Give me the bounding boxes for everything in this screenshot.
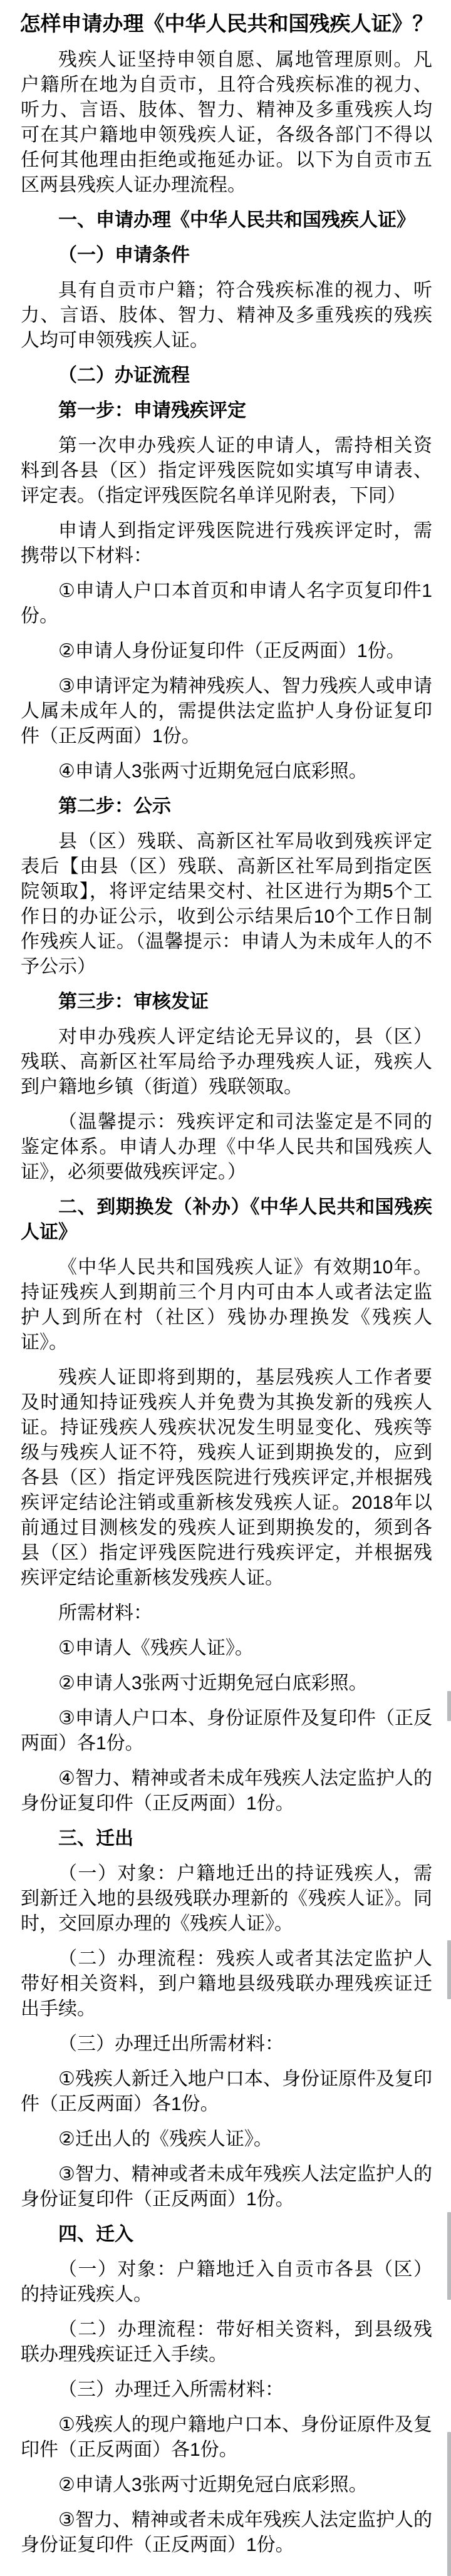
section-heading: 一、申请办理《中华人民共和国残疾人证》 xyxy=(21,208,432,233)
paragraph: （二）办理流程：残疾人或者其法定监护人带好相关资料，到户籍地县级残联办理残疾证迁… xyxy=(21,1947,432,2022)
paragraph: 对申办残疾人评定结论无异议的，县（区）残联、高新区社军局给予办理残疾人证，残疾人… xyxy=(21,1025,432,1100)
paragraph: （一）对象：户籍地迁出的持证残疾人，需到新迁入地的县级残联办理新的《残疾人证》。… xyxy=(21,1861,432,1937)
section-heading: 第一步：申请残疾评定 xyxy=(21,398,432,423)
paragraph: 残疾人证即将到期的，基层残疾人工作者要及时通知持证残疾人并免费为其换发新的残疾人… xyxy=(21,1365,432,1591)
paragraph: 县（区）残联、高新区社军局收到残疾评定表后【由县（区）残联、高新区社军局到指定医… xyxy=(21,829,432,980)
paragraph: ①残疾人的现户籍地户口本、身份证原件及复印件（正反两面）各1份。 xyxy=(21,2413,432,2463)
section-heading: 三、迁出 xyxy=(21,1826,432,1851)
paragraph: 残疾人证坚持申领自愿、属地管理原则。凡户籍所在地为自贡市，且符合残疾标准的视力、… xyxy=(21,48,432,198)
paragraph: ②申请人3张两寸近期免冠白底彩照。 xyxy=(21,2473,432,2498)
paragraph: 具有自贡市户籍；符合残疾标准的视力、听力、言语、肢体、智力、精神及多重残疾的残疾… xyxy=(21,278,432,353)
scrollbar-thumb[interactable] xyxy=(447,1691,451,1721)
paragraph: ①申请人户口本首页和申请人名字页复印件1份。 xyxy=(21,579,432,629)
paragraph: ②申请人身份证复印件（正反两面）1份。 xyxy=(21,639,432,664)
paragraph: ③申请评定为精神残疾人、智力残疾人或申请人属未成年人的，需提供法定监护人身份证复… xyxy=(21,674,432,749)
page-title: 怎样申请办理《中华人民共和国残疾人证》？ xyxy=(7,10,446,38)
paragraph: ③申请人户口本、身份证原件及复印件（正反两面）各1份。 xyxy=(21,1706,432,1756)
section-heading: 二、到期换发（补办）《中华人民共和国残疾人证》 xyxy=(21,1195,432,1245)
paragraph: 第一次申办残疾人证的申请人，需持相关资料到各县（区）指定评残医院如实填写申请表、… xyxy=(21,433,432,509)
scrollbar-thumb[interactable] xyxy=(447,2432,451,2576)
section-heading: （二）办证流程 xyxy=(21,363,432,388)
article-content: 怎样申请办理《中华人民共和国残疾人证》？ 残疾人证坚持申领自愿、属地管理原则。凡… xyxy=(0,0,451,2576)
paragraph: ③智力、精神或者未成年残疾人法定监护人的身份证复印件（正反两面）1份。 xyxy=(21,2508,432,2558)
scrollbar-thumb[interactable] xyxy=(447,2212,451,2300)
paragraph: 申请人到指定评残医院进行残疾评定时，需携带以下材料： xyxy=(21,519,432,569)
paragraph: ②申请人3张两寸近期免冠白底彩照。 xyxy=(21,1671,432,1696)
paragraph: （温馨提示：残疾评定和司法鉴定是不同的鉴定体系。申请人办理《中华人民共和国残疾人… xyxy=(21,1110,432,1185)
paragraph: （三）办理迁出所需材料： xyxy=(21,2032,432,2057)
paragraph: 《中华人民共和国残疾人证》有效期10年。持证残疾人到期前三个月内可由本人或者法定… xyxy=(21,1255,432,1355)
paragraph: 所需材料： xyxy=(21,1601,432,1626)
paragraph: ②迁出人的《残疾人证》。 xyxy=(21,2127,432,2152)
section-heading: 四、迁入 xyxy=(21,2222,432,2247)
paragraph: （一）对象：户籍地迁入自贡市各县（区）的持证残疾人。 xyxy=(21,2257,432,2307)
section-heading: 第三步：审核发证 xyxy=(21,990,432,1015)
paragraph: ①申请人《残疾人证》。 xyxy=(21,1636,432,1661)
scrollbar-thumb[interactable] xyxy=(447,1940,451,1999)
paragraph: ③智力、精神或者未成年残疾人法定监护人的身份证复印件（正反两面）1份。 xyxy=(21,2162,432,2212)
paragraph: ④智力、精神或者未成年残疾人法定监护人的身份证复印件（正反两面）1份。 xyxy=(21,1766,432,1816)
section-heading: 第二步：公示 xyxy=(21,794,432,819)
section-heading: （一）申请条件 xyxy=(21,243,432,268)
paragraph: ①残疾人新迁入地户口本、身份证原件及复印件（正反两面）各1份。 xyxy=(21,2067,432,2117)
paragraph: （二）办理流程：带好相关资料，到县级残联办理残疾证迁入手续。 xyxy=(21,2317,432,2367)
article-body: 残疾人证坚持申领自愿、属地管理原则。凡户籍所在地为自贡市，且符合残疾标准的视力、… xyxy=(21,48,432,2558)
paragraph: ④申请人3张两寸近期免冠白底彩照。 xyxy=(21,759,432,784)
paragraph: （三）办理迁入所需材料： xyxy=(21,2377,432,2403)
article-page: 怎样申请办理《中华人民共和国残疾人证》？ 残疾人证坚持申领自愿、属地管理原则。凡… xyxy=(0,0,451,2576)
